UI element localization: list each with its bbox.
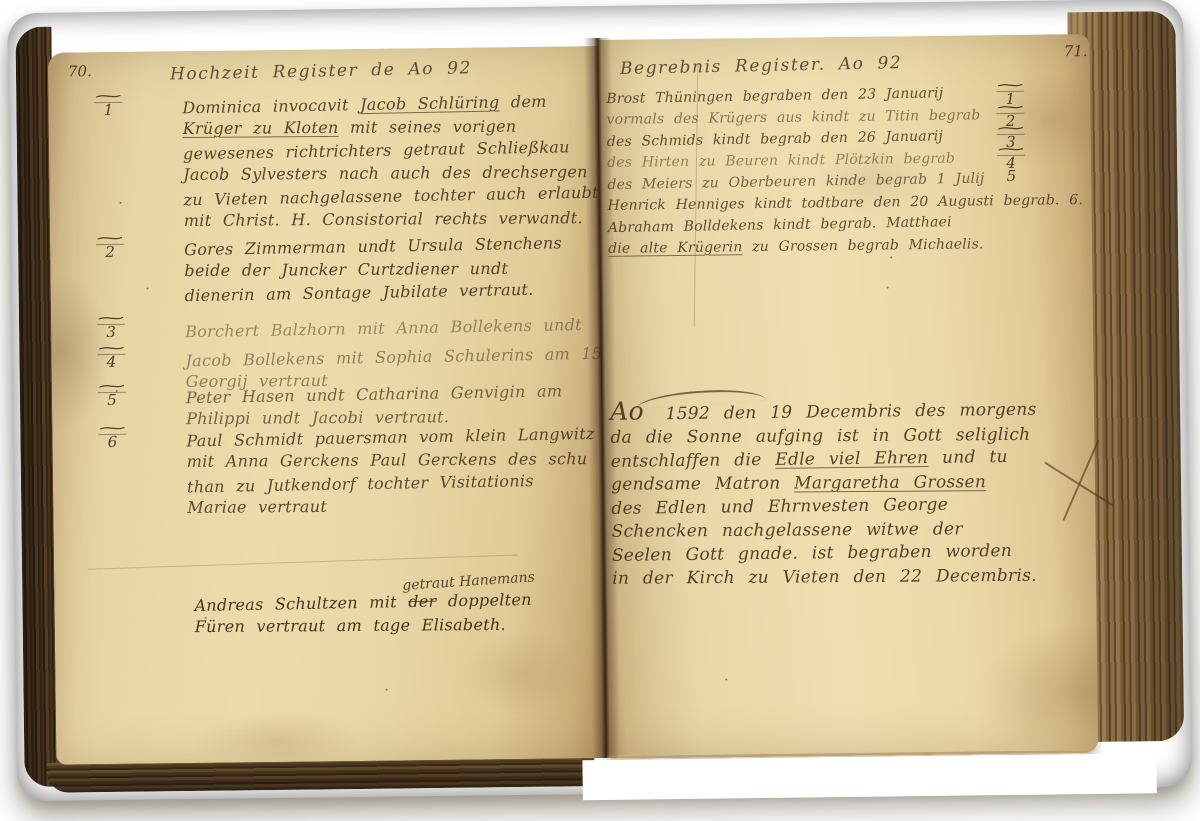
page-number-right: 71. bbox=[1064, 42, 1088, 60]
page-left: 70. Hochzeit Register de Ao 92 ~1~2~3~4~… bbox=[48, 46, 607, 765]
handwritten-line: Ao 1592 den 19 Decembris des morgens bbox=[610, 395, 1037, 428]
burial-note: Ao 1592 den 19 Decembris des morgensda d… bbox=[610, 395, 1039, 592]
emphasized-text: Edle viel Ehren bbox=[775, 448, 928, 470]
ink-speck bbox=[725, 678, 727, 680]
handwritten-line: entschlaffen die Edle viel Ehren und tu bbox=[611, 446, 1038, 475]
handwritten-line: Mariae vertraut bbox=[187, 493, 646, 519]
emphasized-text: der bbox=[408, 592, 437, 612]
ink-speck bbox=[205, 617, 207, 619]
emphasized-text: Margaretha Grossen bbox=[794, 472, 986, 493]
emphasized-text: die alte Krügerin bbox=[608, 239, 743, 257]
margin-number: ~3 bbox=[97, 314, 125, 340]
page-crease bbox=[88, 555, 518, 570]
page-header-right: Begrebnis Register. Ao 92 bbox=[620, 53, 903, 79]
register-entry: Gores Zimmerman undt Ursula Stenchensbei… bbox=[184, 232, 563, 306]
margin-number: ~2 bbox=[96, 234, 124, 260]
ink-speck bbox=[890, 256, 892, 258]
page-number-left: 70. bbox=[68, 62, 92, 80]
right-entries: Brost Thüningen begraben den 23 Januarij… bbox=[606, 82, 1084, 260]
burial-entry: die alte Krügerin zu Grossen begrab Mich… bbox=[608, 233, 1084, 260]
handwritten-line: mit Christ. H. Consistorial rechts verwa… bbox=[184, 206, 599, 232]
manuscript-book: 70. Hochzeit Register de Ao 92 ~1~2~3~4~… bbox=[7, 0, 1193, 801]
emphasized-text: Krüger zu Kloten bbox=[183, 118, 339, 138]
ink-speck bbox=[887, 286, 889, 288]
footnote-lines: Andreas Schultzen mit der doppeltenFüren… bbox=[194, 589, 532, 639]
ink-speck bbox=[147, 288, 149, 290]
margin-number: ~6 bbox=[98, 424, 126, 450]
register-entry: Dominica invocavit Jacob Schlüring demKr… bbox=[182, 90, 599, 233]
cross-mark-icon bbox=[1040, 436, 1117, 525]
register-entry: Borchert Balzhorn mit Anna Bollekens und… bbox=[185, 314, 582, 342]
margin-number: ~4 bbox=[97, 344, 125, 370]
handwritten-line: Borchert Balzhorn mit Anna Bollekens und… bbox=[185, 313, 582, 343]
handwritten-line: dienerin am Sontage Jubilate vertraut. bbox=[184, 277, 562, 307]
handwritten-line: Seelen Gott gnade. ist begraben worden bbox=[612, 540, 1039, 569]
handwritten-line: des Edlen und Ehrnvesten George bbox=[611, 493, 1038, 522]
margin-number: ~1 bbox=[94, 92, 122, 118]
footnote: getraut Hanemans Andreas Schultzen mit d… bbox=[194, 589, 532, 639]
photo-stage: 70. Hochzeit Register de Ao 92 ~1~2~3~4~… bbox=[0, 0, 1200, 821]
page-right: 71. Begrebnis Register. Ao 92 ~1~2~3~45 … bbox=[598, 34, 1099, 759]
ink-speck bbox=[120, 202, 122, 204]
handwritten-line: in der Kirch zu Vieten den 22 Decembris. bbox=[612, 564, 1039, 590]
ink-speck bbox=[386, 689, 388, 691]
ink-speck bbox=[116, 390, 118, 392]
register-entry: Paul Schmidt pauersman vom klein Langwit… bbox=[186, 422, 646, 520]
handwritten-line: Füren vertraut am tage Elisabeth. bbox=[195, 613, 532, 638]
margin-number: ~5 bbox=[98, 382, 126, 408]
page-overhang-mask bbox=[582, 753, 1156, 800]
page-header-left: Hochzeit Register de Ao 92 bbox=[170, 58, 472, 84]
emphasized-text: Jacob Schlüring bbox=[360, 93, 500, 115]
